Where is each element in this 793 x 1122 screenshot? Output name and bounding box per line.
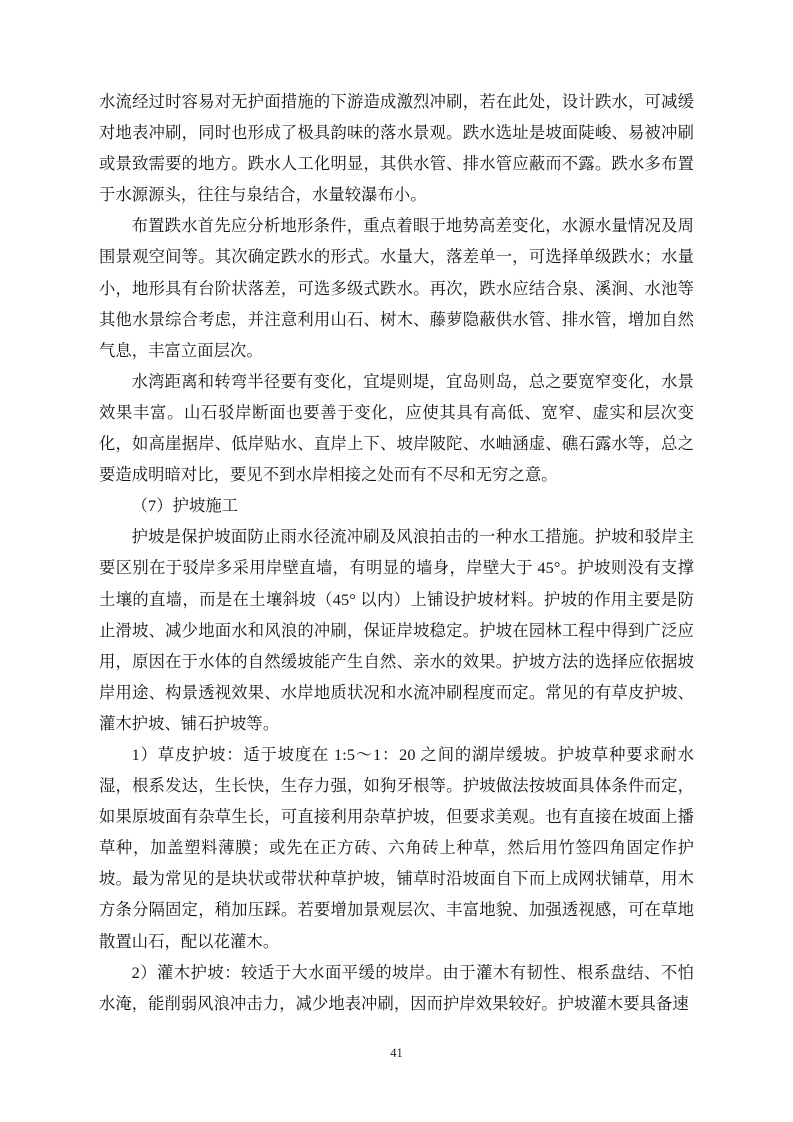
paragraph-grass-slope: 1）草皮护坡：适于坡度在 1:5～1：20 之间的湖岸缓坡。护坡草种要求耐水湿，… [99,739,694,957]
document-page: 水流经过时容易对无护面措施的下游造成激烈冲刷，若在此处，设计跌水，可减缓对地表冲… [0,0,793,1122]
paragraph-waterfall-siting: 布置跌水首先应分析地形条件，重点着眼于地势高差变化，水源水量情况及周围景观空间等… [99,210,694,365]
paragraph-slope-protection-intro: 护坡是保护坡面防止雨水径流冲刷及风浪拍击的一种水工措施。护坡和驳岸主要区别在于驳… [99,521,694,739]
document-body: 水流经过时容易对无护面措施的下游造成激烈冲刷，若在此处，设计跌水，可减缓对地表冲… [99,86,694,1019]
heading-slope-protection: （7）护坡施工 [99,490,694,521]
paragraph-waterfall-continuation: 水流经过时容易对无护面措施的下游造成激烈冲刷，若在此处，设计跌水，可减缓对地表冲… [99,86,694,210]
paragraph-bank-variation: 水湾距离和转弯半径要有变化，宜堤则堤，宜岛则岛，总之要宽窄变化，水景效果丰富。山… [99,366,694,490]
page-number: 41 [0,1046,793,1061]
paragraph-shrub-slope: 2）灌木护坡：较适于大水面平缓的坡岸。由于灌木有韧性、根系盘结、不怕水淹，能削弱… [99,957,694,1019]
